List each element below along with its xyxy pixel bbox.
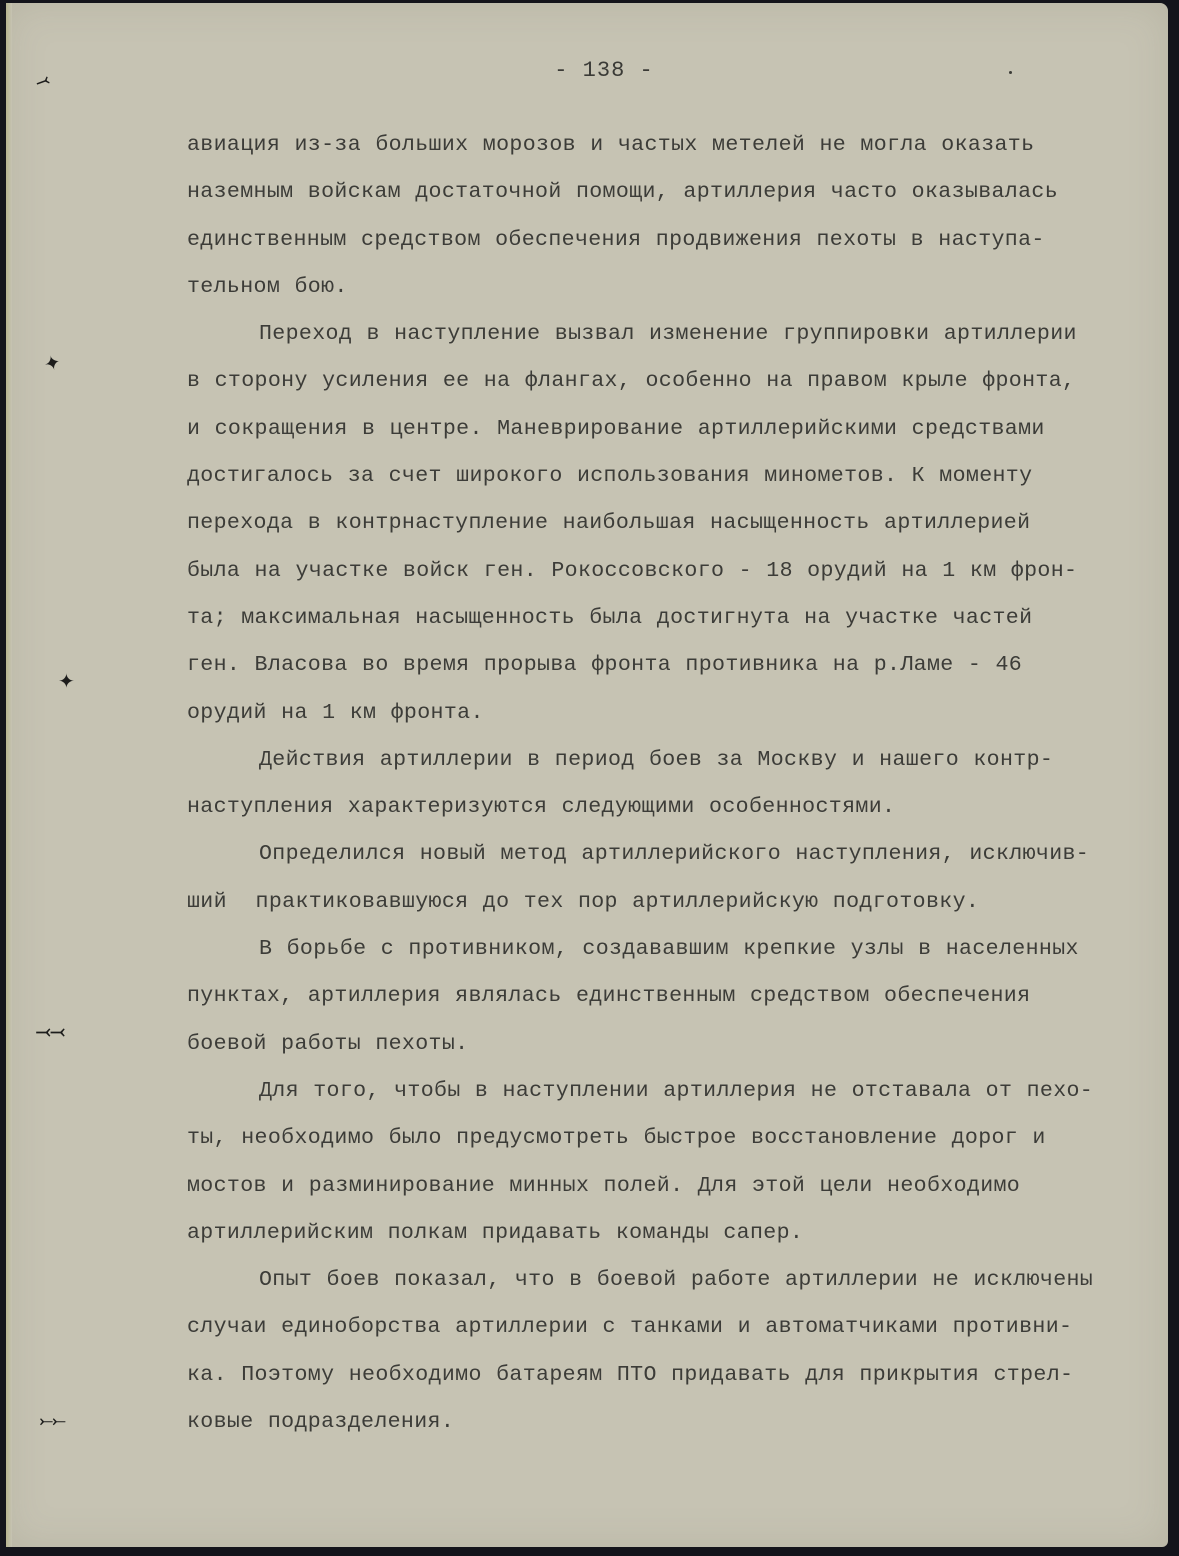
text-line: В борьбе с противником, создававшим креп… (187, 931, 1157, 978)
text-line: Опыт боев показал, что в боевой работе а… (187, 1262, 1157, 1309)
text-line: Действия артиллерии в период боев за Мос… (187, 742, 1157, 789)
text-line: в сторону усиления ее на флангах, особен… (187, 363, 1157, 410)
text-line: наступления характеризуются следующими о… (187, 789, 1157, 836)
typewritten-body: авиация из-за больших морозов и частых м… (187, 127, 1157, 1451)
text-line: единственным средством обеспечения продв… (187, 222, 1157, 269)
text-line: была на участке войск ген. Рокоссовского… (187, 553, 1157, 600)
text-line: боевой работы пехоты. (187, 1026, 1157, 1073)
document-page: ⤙ ✦ ✦ ⤙⤙ ⤚⤚ - 138 - авиация из-за больши… (6, 3, 1168, 1547)
binding-mark-icon: ✦ (58, 671, 75, 691)
text-line: и сокращения в центре. Маневрирование ар… (187, 411, 1157, 458)
text-line: наземным войскам достаточной помощи, арт… (187, 174, 1157, 221)
binding-mark-icon: ✦ (42, 351, 63, 375)
text-line: Переход в наступление вызвал изменение г… (187, 316, 1157, 363)
text-line: мостов и разминирование минных полей. Дл… (187, 1168, 1157, 1215)
binding-mark-icon: ⤙⤙ (36, 1023, 65, 1041)
page-number: - 138 - (6, 58, 1168, 83)
text-line: достигалось за счет широкого использован… (187, 458, 1157, 505)
text-line: Для того, чтобы в наступлении артиллерия… (187, 1073, 1157, 1120)
text-line: ка. Поэтому необходимо батареям ПТО прид… (187, 1357, 1157, 1404)
text-line: авиация из-за больших морозов и частых м… (187, 127, 1157, 174)
text-line: ший практиковавшуюся до тех пор артиллер… (187, 884, 1157, 931)
text-line: ген. Власова во время прорыва фронта про… (187, 647, 1157, 694)
binding-mark-icon: ⤚⤚ (40, 1413, 66, 1429)
text-line: тельном бою. (187, 269, 1157, 316)
text-line: та; максимальная насыщенность была дости… (187, 600, 1157, 647)
text-line: артиллерийским полкам придавать команды … (187, 1215, 1157, 1262)
scan-frame: ⤙ ✦ ✦ ⤙⤙ ⤚⤚ - 138 - авиация из-за больши… (0, 0, 1179, 1556)
text-line: перехода в контрнаступление наибольшая н… (187, 505, 1157, 552)
text-line: случаи единоборства артиллерии с танками… (187, 1309, 1157, 1356)
text-line: Определился новый метод артиллерийского … (187, 836, 1157, 883)
text-line: пунктах, артиллерия являлась единственны… (187, 978, 1157, 1025)
text-line: орудий на 1 км фронта. (187, 695, 1157, 742)
text-line: ты, необходимо было предусмотреть быстро… (187, 1120, 1157, 1167)
text-line: ковые подразделения. (187, 1404, 1157, 1451)
